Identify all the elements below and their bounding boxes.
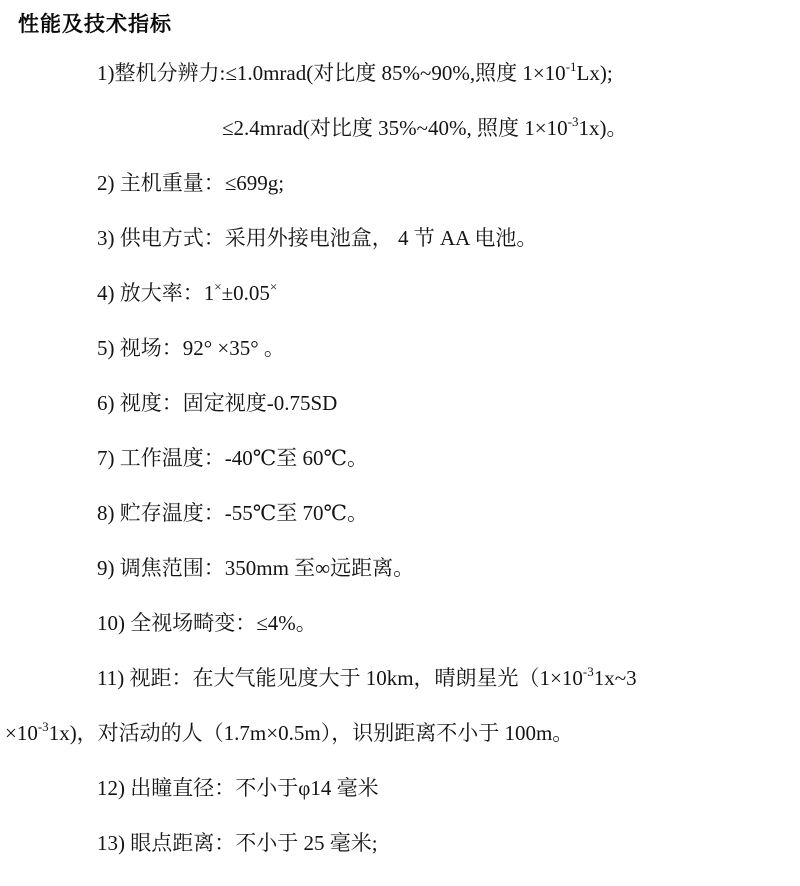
spec-line: ×10-31x)，对活动的人（1.7m×0.5m），识别距离不小于 100m。 [0, 706, 800, 761]
line-text: 1x)，对活动的人（1.7m×0.5m），识别距离不小于 100m。 [49, 721, 574, 745]
line-text: 5) 视场：92° ×35° 。 [97, 336, 285, 360]
line-text: ≤2.4mrad(对比度 35%~40%, 照度 1×10 [222, 116, 568, 140]
line-text: 1x)。 [578, 116, 627, 140]
line-text: ×10 [5, 721, 38, 745]
line-text: 1)整机分辨力:≤1.0mrad(对比度 85%~90%,照度 1×10 [97, 61, 566, 85]
spec-line: 3) 供电方式：采用外接电池盒， 4 节 AA 电池。 [0, 211, 800, 266]
line-text: 6) 视度：固定视度-0.75SD [97, 391, 337, 415]
line-text: 9) 调焦范围：350mm 至∞远距离。 [97, 556, 414, 580]
superscript-text: -3 [38, 719, 49, 734]
spec-line: 10) 全视场畸变：≤4%。 [0, 596, 800, 651]
spec-line: 6) 视度：固定视度-0.75SD [0, 376, 800, 431]
spec-line: 7) 工作温度：-40℃至 60℃。 [0, 431, 800, 486]
line-text: 4) 放大率：1 [97, 281, 214, 305]
superscript-text: × [270, 279, 277, 294]
spec-line: 12) 出瞳直径：不小于φ14 毫米 [0, 761, 800, 816]
line-text: 1x~3 [594, 666, 637, 690]
line-text: 12) 出瞳直径：不小于φ14 毫米 [97, 776, 379, 800]
spec-line: 1)整机分辨力:≤1.0mrad(对比度 85%~90%,照度 1×10-1Lx… [0, 46, 800, 101]
spec-line: 2) 主机重量：≤699g; [0, 156, 800, 211]
spec-line: ≤2.4mrad(对比度 35%~40%, 照度 1×10-31x)。 [0, 101, 800, 156]
line-text: Lx); [577, 61, 613, 85]
line-text: 7) 工作温度：-40℃至 60℃。 [97, 446, 368, 470]
spec-line: 11) 视距：在大气能见度大于 10km，晴朗星光（1×10-31x~3 [0, 651, 800, 706]
superscript-text: -3 [568, 114, 579, 129]
spec-line: 8) 贮存温度：-55℃至 70℃。 [0, 486, 800, 541]
line-text: 8) 贮存温度：-55℃至 70℃。 [97, 501, 368, 525]
page-title: 性能及技术指标 [0, 0, 800, 46]
line-text: 10) 全视场畸变：≤4%。 [97, 611, 317, 635]
superscript-text: × [214, 279, 221, 294]
spec-line: 9) 调焦范围：350mm 至∞远距离。 [0, 541, 800, 596]
spec-line: 4) 放大率：1×±0.05× [0, 266, 800, 321]
superscript-text: -3 [583, 664, 594, 679]
line-text: 2) 主机重量：≤699g; [97, 171, 284, 195]
spec-list: 1)整机分辨力:≤1.0mrad(对比度 85%~90%,照度 1×10-1Lx… [0, 46, 800, 871]
line-text: 11) 视距：在大气能见度大于 10km，晴朗星光（1×10 [97, 666, 583, 690]
superscript-text: -1 [566, 59, 577, 74]
spec-line: 5) 视场：92° ×35° 。 [0, 321, 800, 376]
spec-line: 13) 眼点距离：不小于 25 毫米; [0, 816, 800, 871]
line-text: 13) 眼点距离：不小于 25 毫米; [97, 831, 378, 855]
line-text: ±0.05 [222, 281, 270, 305]
document-page: 性能及技术指标 1)整机分辨力:≤1.0mrad(对比度 85%~90%,照度 … [0, 0, 800, 886]
line-text: 3) 供电方式：采用外接电池盒， 4 节 AA 电池。 [97, 226, 537, 250]
